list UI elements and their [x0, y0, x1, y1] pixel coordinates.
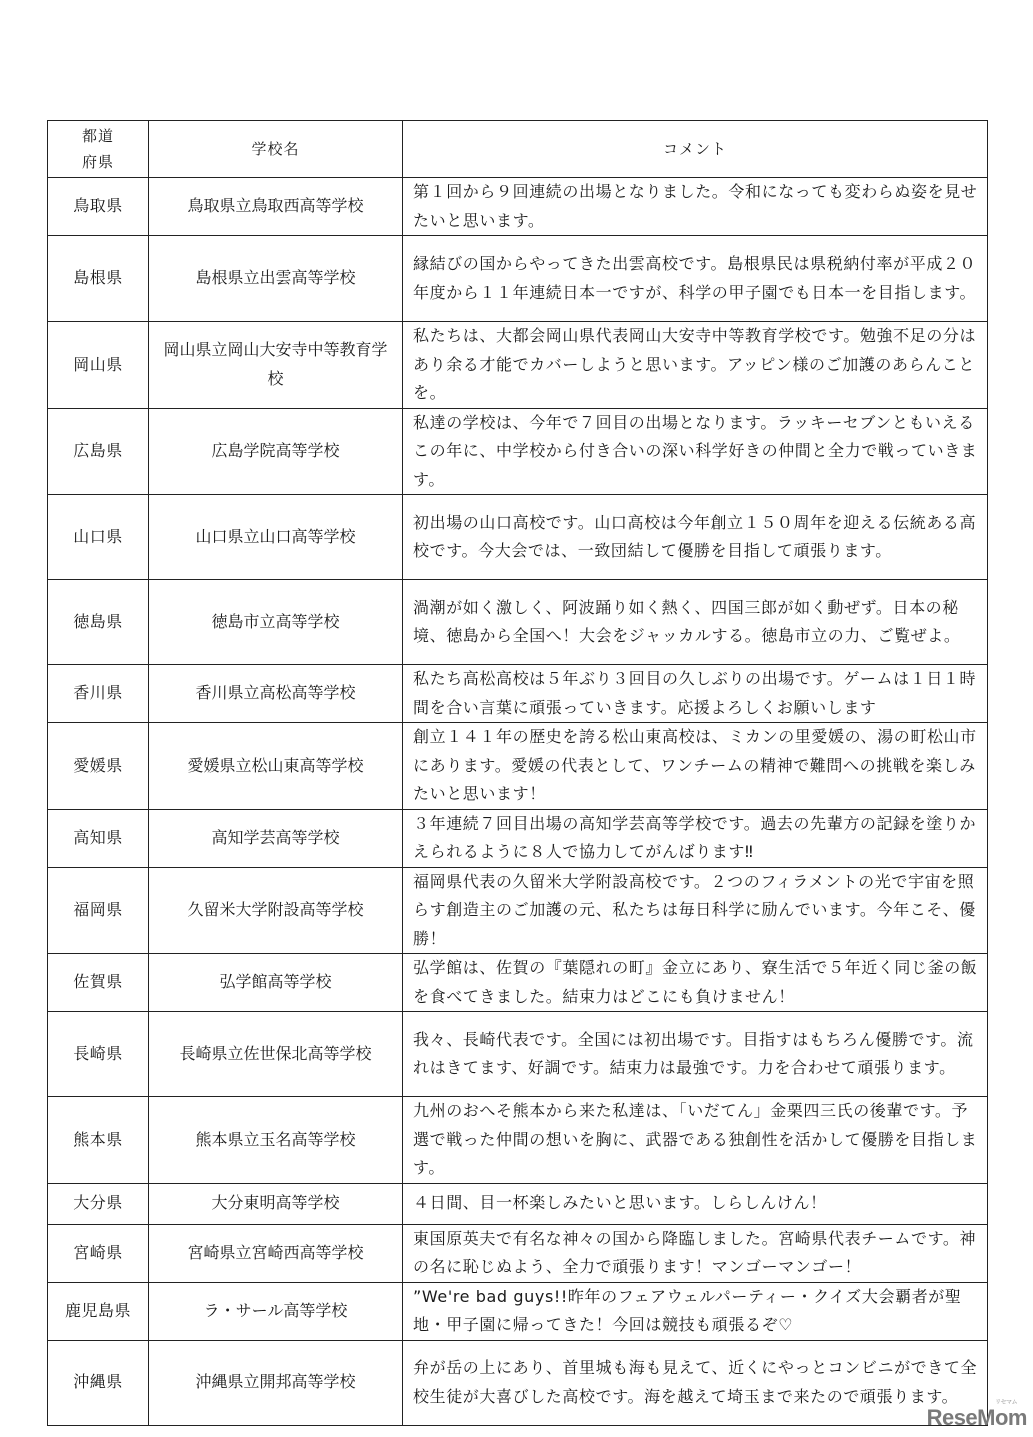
table-row: 徳島県 徳島市立高等学校 渦潮が如く激しく、阿波踊り如く熱く、四国三郎が如く動ぜ… [48, 580, 988, 665]
cell-prefecture: 鳥取県 [48, 178, 149, 236]
header-school: 学校名 [149, 121, 403, 178]
table-row: 愛媛県 愛媛県立松山東高等学校 創立１４１年の歴史を誇る松山東高校は、ミカンの里… [48, 723, 988, 810]
cell-school-name: 長崎県立佐世保北高等学校 [149, 1012, 403, 1097]
cell-prefecture: 徳島県 [48, 580, 149, 665]
table-row: 岡山県 岡山県立岡山大安寺中等教育学校 私たちは、大都会岡山県代表岡山大安寺中等… [48, 322, 988, 409]
table-row: 佐賀県 弘学館高等学校 弘学館は、佐賀の『葉隠れの町』金立にあり、寮生活で５年近… [48, 954, 988, 1012]
cell-comment: 我々、長崎代表です。全国には初出場です。目指すはもちろん優勝です。流れはきてます… [403, 1012, 988, 1097]
header-comment: コメント [403, 121, 988, 178]
cell-school-name: 弘学館高等学校 [149, 954, 403, 1012]
cell-prefecture: 宮崎県 [48, 1224, 149, 1282]
cell-prefecture: 大分県 [48, 1183, 149, 1224]
cell-prefecture: 岡山県 [48, 322, 149, 409]
cell-school-name: 熊本県立玉名高等学校 [149, 1097, 403, 1184]
watermark-text: ReseMom [927, 1405, 1027, 1430]
cell-comment: 渦潮が如く激しく、阿波踊り如く熱く、四国三郎が如く動ぜず。日本の秘境、徳島から全… [403, 580, 988, 665]
table-header-row: 都道 府県 学校名 コメント [48, 121, 988, 178]
resemom-watermark-logo: リセマム ReseMom [927, 1405, 1027, 1431]
cell-prefecture: 香川県 [48, 665, 149, 723]
cell-comment: 弘学館は、佐賀の『葉隠れの町』金立にあり、寮生活で５年近く同じ釜の飯を食べてきま… [403, 954, 988, 1012]
cell-school-name: 鳥取県立鳥取西高等学校 [149, 178, 403, 236]
table-row: 沖縄県 沖縄県立開邦高等学校 弁が岳の上にあり、首里城も海も見えて、近くにやっと… [48, 1340, 988, 1425]
cell-school-name: 徳島市立高等学校 [149, 580, 403, 665]
cell-school-name: 大分東明高等学校 [149, 1183, 403, 1224]
cell-comment: 福岡県代表の久留米大学附設高校です。２つのフィラメントの光で宇宙を照らす創造主の… [403, 867, 988, 954]
cell-comment: 私たちは、大都会岡山県代表岡山大安寺中等教育学校です。勉強不足の分はあり余る才能… [403, 322, 988, 409]
cell-school-name: 高知学芸高等学校 [149, 809, 403, 867]
header-prefecture: 都道 府県 [48, 121, 149, 178]
cell-prefecture: 島根県 [48, 236, 149, 322]
cell-comment: ３年連続７回目出場の高知学芸高等学校です。過去の先輩方の記録を塗りかえられるよう… [403, 809, 988, 867]
cell-comment: 創立１４１年の歴史を誇る松山東高校は、ミカンの里愛媛の、湯の町松山市にあります。… [403, 723, 988, 810]
table-row: 長崎県 長崎県立佐世保北高等学校 我々、長崎代表です。全国には初出場です。目指す… [48, 1012, 988, 1097]
cell-comment: 私達の学校は、今年で７回目の出場となります。ラッキーセブンともいえるこの年に、中… [403, 408, 988, 495]
cell-prefecture: 沖縄県 [48, 1340, 149, 1425]
cell-prefecture: 熊本県 [48, 1097, 149, 1184]
cell-school-name: 宮崎県立宮崎西高等学校 [149, 1224, 403, 1282]
cell-comment: 東国原英夫で有名な神々の国から降臨しました。宮崎県代表チームです。神の名に恥じぬ… [403, 1224, 988, 1282]
header-prefecture-line1: 都道 [48, 123, 148, 149]
cell-comment: ４日間、目一杯楽しみたいと思います。しらしんけん！ [403, 1183, 988, 1224]
cell-prefecture: 愛媛県 [48, 723, 149, 810]
table-row: 高知県 高知学芸高等学校 ３年連続７回目出場の高知学芸高等学校です。過去の先輩方… [48, 809, 988, 867]
cell-comment: 九州のおへそ熊本から来た私達は、「いだてん」金栗四三氏の後輩です。予選で戦った仲… [403, 1097, 988, 1184]
table-row: 鹿児島県 ラ・サール高等学校 ”We're bad guys!!昨年のフェアウェ… [48, 1282, 988, 1340]
cell-school-name: 沖縄県立開邦高等学校 [149, 1340, 403, 1425]
table-row: 大分県 大分東明高等学校 ４日間、目一杯楽しみたいと思います。しらしんけん！ [48, 1183, 988, 1224]
school-comments-table: 都道 府県 学校名 コメント 鳥取県 鳥取県立鳥取西高等学校 第１回から９回連続… [47, 120, 988, 1426]
table-row: 宮崎県 宮崎県立宮崎西高等学校 東国原英夫で有名な神々の国から降臨しました。宮崎… [48, 1224, 988, 1282]
table-row: 香川県 香川県立高松高等学校 私たち高松高校は５年ぶり３回目の久しぶりの出場です… [48, 665, 988, 723]
cell-school-name: 山口県立山口高等学校 [149, 495, 403, 580]
table-row: 熊本県 熊本県立玉名高等学校 九州のおへそ熊本から来た私達は、「いだてん」金栗四… [48, 1097, 988, 1184]
cell-school-name: 久留米大学附設高等学校 [149, 867, 403, 954]
table-body: 鳥取県 鳥取県立鳥取西高等学校 第１回から９回連続の出場となりました。令和になっ… [48, 178, 988, 1426]
table-row: 山口県 山口県立山口高等学校 初出場の山口高校です。山口高校は今年創立１５０周年… [48, 495, 988, 580]
header-prefecture-line2: 府県 [48, 149, 148, 175]
cell-prefecture: 広島県 [48, 408, 149, 495]
cell-comment: 私たち高松高校は５年ぶり３回目の久しぶりの出場です。ゲームは１日１時間を合い言葉… [403, 665, 988, 723]
table-row: 福岡県 久留米大学附設高等学校 福岡県代表の久留米大学附設高校です。２つのフィラ… [48, 867, 988, 954]
cell-prefecture: 山口県 [48, 495, 149, 580]
cell-school-name: 愛媛県立松山東高等学校 [149, 723, 403, 810]
table-row: 鳥取県 鳥取県立鳥取西高等学校 第１回から９回連続の出場となりました。令和になっ… [48, 178, 988, 236]
cell-comment: 縁結びの国からやってきた出雲高校です。島根県民は県税納付率が平成２０年度から１１… [403, 236, 988, 322]
cell-comment: 弁が岳の上にあり、首里城も海も見えて、近くにやっとコンビニができて全校生徒が大喜… [403, 1340, 988, 1425]
cell-prefecture: 佐賀県 [48, 954, 149, 1012]
cell-school-name: 広島学院高等学校 [149, 408, 403, 495]
cell-prefecture: 福岡県 [48, 867, 149, 954]
cell-school-name: 岡山県立岡山大安寺中等教育学校 [149, 322, 403, 409]
table-row: 広島県 広島学院高等学校 私達の学校は、今年で７回目の出場となります。ラッキーセ… [48, 408, 988, 495]
cell-school-name: 島根県立出雲高等学校 [149, 236, 403, 322]
table-row: 島根県 島根県立出雲高等学校 縁結びの国からやってきた出雲高校です。島根県民は県… [48, 236, 988, 322]
cell-prefecture: 鹿児島県 [48, 1282, 149, 1340]
cell-comment: 初出場の山口高校です。山口高校は今年創立１５０周年を迎える伝統ある高校です。今大… [403, 495, 988, 580]
cell-prefecture: 長崎県 [48, 1012, 149, 1097]
cell-prefecture: 高知県 [48, 809, 149, 867]
cell-comment: 第１回から９回連続の出場となりました。令和になっても変わらぬ姿を見せたいと思いま… [403, 178, 988, 236]
watermark-kana: リセマム [995, 1397, 1017, 1406]
cell-comment: ”We're bad guys!!昨年のフェアウェルパーティー・クイズ大会覇者が… [403, 1282, 988, 1340]
cell-school-name: ラ・サール高等学校 [149, 1282, 403, 1340]
cell-school-name: 香川県立高松高等学校 [149, 665, 403, 723]
